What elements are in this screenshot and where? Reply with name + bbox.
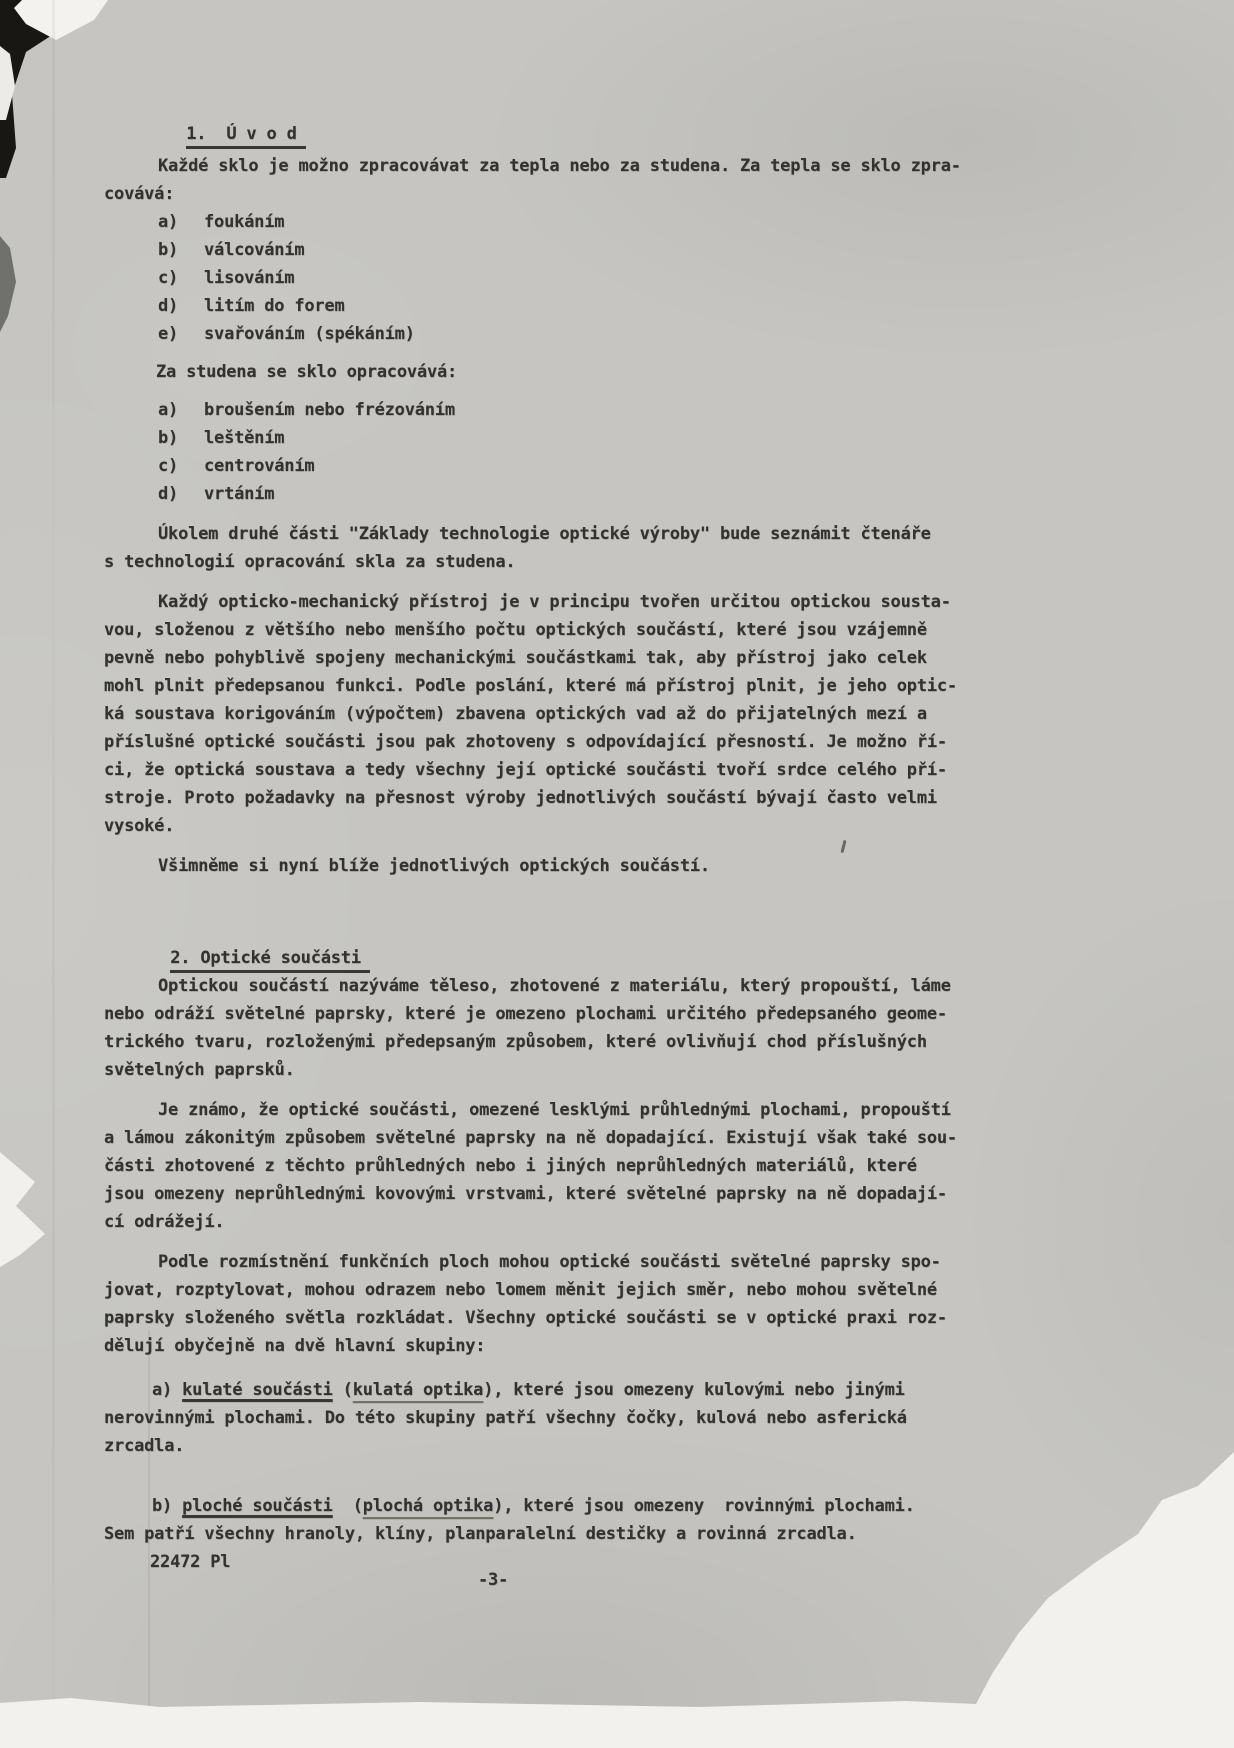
paragraph-line: b) ploché součásti (plochá optika), kter… bbox=[104, 1492, 990, 1520]
term-underlined: ploché součásti bbox=[182, 1496, 333, 1516]
paragraph-line: s technologií opracování skla za studena… bbox=[104, 548, 990, 576]
paragraph-text: ( bbox=[333, 1380, 353, 1400]
document-code: 22472 Pl bbox=[150, 1548, 450, 1576]
paragraph-line: Za studena se sklo opracovává: bbox=[104, 358, 990, 386]
list-item-label: c) bbox=[158, 452, 204, 480]
list-item: b)leštěním bbox=[104, 424, 990, 452]
paragraph-kazdy: Každý opticko-mechanický přístroj je v p… bbox=[104, 588, 990, 840]
list-item-text: leštěním bbox=[204, 428, 284, 448]
paragraph-line: Úkolem druhé části "Základy technologie … bbox=[104, 520, 990, 548]
list-item: d)vrtáním bbox=[104, 480, 990, 508]
list-item: c)lisováním bbox=[104, 264, 990, 292]
edge-dark-blob bbox=[0, 236, 17, 332]
paragraph-line: dělují obyčejně na dvě hlavní skupiny: bbox=[104, 1332, 990, 1360]
list-item-label: b) bbox=[158, 424, 204, 452]
cold-work-intro: Za studena se sklo opracovává: bbox=[104, 358, 990, 386]
paragraph-line: vysoké. bbox=[104, 812, 990, 840]
list-item-label: e) bbox=[158, 320, 204, 348]
list-item-label: c) bbox=[158, 264, 204, 292]
list-item-text: válcováním bbox=[204, 240, 304, 260]
paragraph-line: části zhotovené z těchto průhledných neb… bbox=[104, 1152, 990, 1180]
list-item-label: d) bbox=[158, 292, 204, 320]
paragraph-line: a lámou zákonitým způsobem světelné papr… bbox=[104, 1124, 990, 1152]
note-paragraph: Všimněme si nyní blíže jednotlivých opti… bbox=[104, 852, 990, 880]
term-pen-underlined: kulatá optika bbox=[353, 1380, 483, 1400]
item-label: b) bbox=[152, 1496, 182, 1516]
term-underlined: kulaté součásti bbox=[182, 1380, 333, 1400]
paragraph-line: Optickou součástí nazýváme těleso, zhoto… bbox=[104, 972, 990, 1000]
paragraph-line: jsou omezeny neprůhlednými kovovými vrst… bbox=[104, 1180, 990, 1208]
paragraph-line: Sem patří všechny hranoly, klíny, planpa… bbox=[104, 1520, 990, 1548]
list-item-text: svařováním (spékáním) bbox=[204, 324, 415, 344]
list-item-text: litím do forem bbox=[204, 296, 345, 316]
paragraph-line: trického tvaru, rozloženými předepsaným … bbox=[104, 1028, 990, 1056]
term-pen-underlined: plochá optika bbox=[363, 1496, 493, 1516]
item-a-paragraph: a) kulaté součásti (kulatá optika), kter… bbox=[104, 1376, 990, 1460]
paragraph-text: ( bbox=[333, 1496, 363, 1516]
paragraph-line: Všimněme si nyní blíže jednotlivých opti… bbox=[104, 852, 990, 880]
paragraph-line: Každé sklo je možno zpracovávat za tepla… bbox=[104, 152, 990, 180]
list-item: d)litím do forem bbox=[104, 292, 990, 320]
left-edge-tear bbox=[0, 1148, 54, 1274]
paragraph-line: a) kulaté součásti (kulatá optika), kter… bbox=[104, 1376, 990, 1404]
paragraph-line: ká soustava korigováním (výpočtem) zbave… bbox=[104, 700, 990, 728]
heading-underline: 2. Optické součásti bbox=[170, 948, 370, 973]
paragraph-jeznamo: Je známo, že optické součásti, omezené l… bbox=[104, 1096, 990, 1236]
paragraph-line: příslušné optické součásti jsou pak zhot… bbox=[104, 728, 990, 756]
list-item-label: d) bbox=[158, 480, 204, 508]
list-item: c)centrováním bbox=[104, 452, 990, 480]
list-item: a)foukáním bbox=[104, 208, 990, 236]
paragraph-line: vou, složenou z většího nebo menšího poč… bbox=[104, 616, 990, 644]
paragraph-ukolem: Úkolem druhé části "Základy technologie … bbox=[104, 520, 990, 576]
paragraph-line: Každý opticko-mechanický přístroj je v p… bbox=[104, 588, 990, 616]
paragraph-line: nebo odráží světelné paprsky, které je o… bbox=[104, 1000, 990, 1028]
paragraph-line: světelných paprsků. bbox=[104, 1056, 990, 1084]
paragraph-text: ), které jsou omezeny kulovými nebo jiný… bbox=[483, 1380, 904, 1400]
paragraph-line: jovat, rozptylovat, mohou odrazem nebo l… bbox=[104, 1276, 990, 1304]
intro-paragraph: Každé sklo je možno zpracovávat za tepla… bbox=[104, 152, 990, 208]
list-item-text: centrováním bbox=[204, 456, 314, 476]
list-item-text: vrtáním bbox=[204, 484, 274, 504]
document-code-text: 22472 Pl bbox=[150, 1548, 450, 1576]
paragraph-line: pevně nebo pohyblivě spojeny mechanickým… bbox=[104, 644, 990, 672]
list-item: e)svařováním (spékáním) bbox=[104, 320, 990, 348]
cold-work-list: a)broušením nebo frézováním b)leštěním c… bbox=[104, 396, 990, 508]
item-label: a) bbox=[152, 1380, 182, 1400]
paragraph-text: ), které jsou omezeny rovinnými plochami… bbox=[493, 1496, 914, 1516]
list-item-label: b) bbox=[158, 236, 204, 264]
list-item-text: foukáním bbox=[204, 212, 284, 232]
page-number: -3- bbox=[478, 1566, 598, 1594]
hot-work-list: a)foukáním b)válcováním c)lisováním d)li… bbox=[104, 208, 990, 348]
paragraph-optickou: Optickou součástí nazýváme těleso, zhoto… bbox=[104, 972, 990, 1084]
list-item-text: lisováním bbox=[204, 268, 294, 288]
paragraph-line: paprsky složeného světla rozkládat. Všec… bbox=[104, 1304, 990, 1332]
paragraph-podle: Podle rozmístnění funkčních ploch mohou … bbox=[104, 1248, 990, 1360]
list-item-label: a) bbox=[158, 208, 204, 236]
paper-sheet: 1. Ú v o d Každé sklo je možno zpracováv… bbox=[0, 0, 1234, 1748]
list-item-label: a) bbox=[158, 396, 204, 424]
paragraph-line: covává: bbox=[104, 180, 990, 208]
page-number-text: -3- bbox=[478, 1566, 598, 1594]
list-item-text: broušením nebo frézováním bbox=[204, 400, 455, 420]
paragraph-line: stroje. Proto požadavky na přesnost výro… bbox=[104, 784, 990, 812]
paragraph-line: nerovinnými plochami. Do této skupiny pa… bbox=[104, 1404, 990, 1432]
item-b-paragraph: b) ploché součásti (plochá optika), kter… bbox=[104, 1492, 990, 1548]
list-item: a)broušením nebo frézováním bbox=[104, 396, 990, 424]
paragraph-line: mohl plnit předepsanou funkci. Podle pos… bbox=[104, 672, 990, 700]
paragraph-line: ci, že optická soustava a tedy všechny j… bbox=[104, 756, 990, 784]
heading-underline: 1. Ú v o d bbox=[186, 124, 305, 149]
paragraph-line: Je známo, že optické součásti, omezené l… bbox=[104, 1096, 990, 1124]
vertical-crease bbox=[52, 0, 55, 1700]
list-item: b)válcováním bbox=[104, 236, 990, 264]
scanned-page: 1. Ú v o d Každé sklo je možno zpracováv… bbox=[0, 0, 1234, 1748]
paragraph-line: Podle rozmístnění funkčních ploch mohou … bbox=[104, 1248, 990, 1276]
paragraph-line: cí odrážejí. bbox=[104, 1208, 990, 1236]
paragraph-line: zrcadla. bbox=[104, 1432, 990, 1460]
